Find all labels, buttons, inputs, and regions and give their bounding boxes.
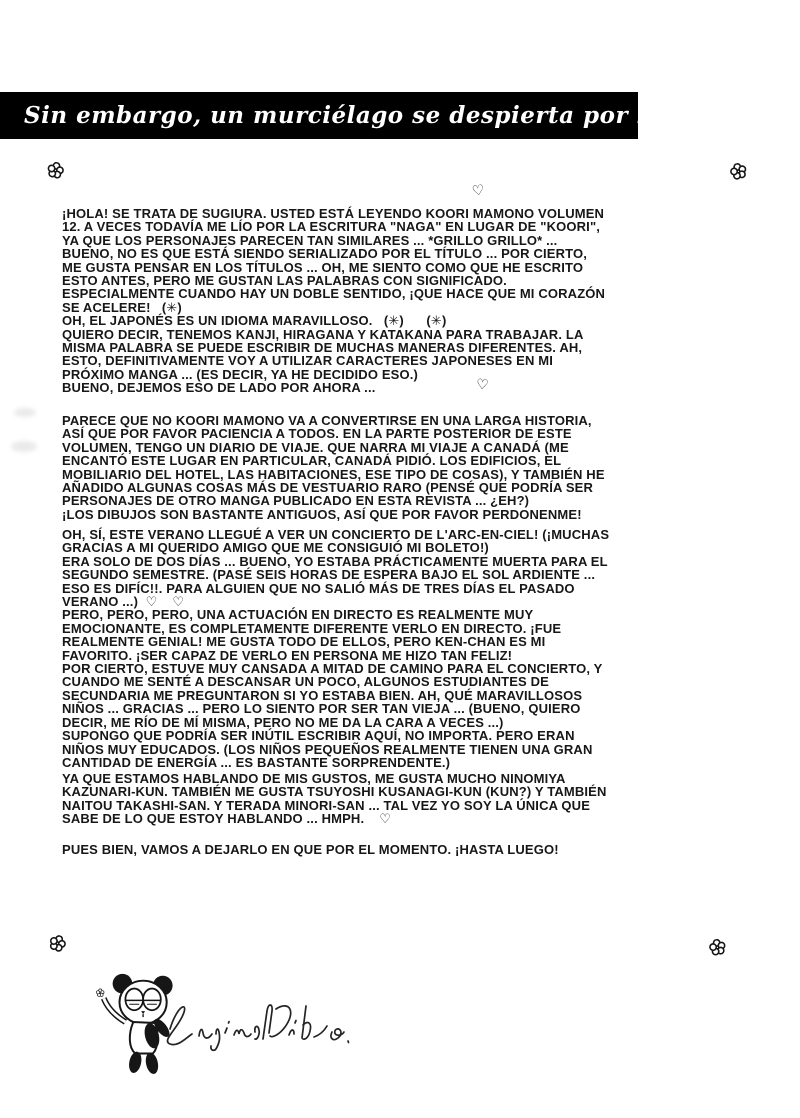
scanned-author-note-page: Sin embargo, un murciélago se despierta … [0, 0, 800, 1118]
chapter-title-banner: Sin embargo, un murciélago se despierta … [0, 92, 638, 139]
scan-smudge [11, 441, 37, 452]
author-note-paragraph-1: ¡HOLA! SE TRATA DE SUGIURA. USTED ESTÁ L… [62, 207, 762, 395]
chapter-title: Sin embargo, un murciélago se despierta … [0, 102, 775, 129]
author-note-paragraph-2: PARECE QUE NO KOORI MAMONO VA A CONVERTI… [62, 414, 762, 521]
flower-doodle-icon [47, 933, 69, 955]
author-note-paragraph-5: PUES BIEN, VAMOS A DEJARLO EN QUE POR EL… [62, 843, 762, 856]
author-note-paragraph-3: OH, SÍ, ESTE VERANO LLEGUÉ A VER UN CONC… [62, 528, 762, 769]
author-signature [152, 993, 387, 1063]
scan-smudge [14, 408, 36, 417]
flower-doodle-icon [728, 161, 749, 182]
flower-doodle-icon [45, 160, 65, 180]
author-note-paragraph-4: YA QUE ESTAMOS HABLANDO DE MIS GUSTOS, M… [62, 772, 762, 826]
heart-doodle-icon: ♡ [471, 183, 485, 199]
flower-doodle-icon [708, 938, 728, 958]
